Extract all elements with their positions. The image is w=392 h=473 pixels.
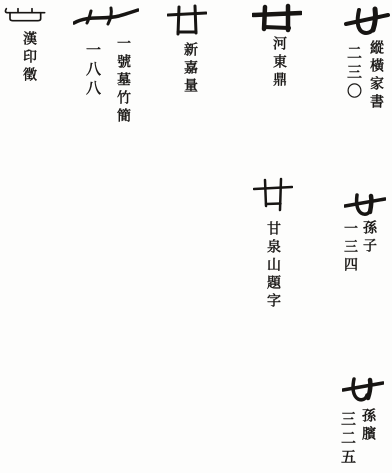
page-number: 一三四	[340, 220, 359, 275]
source-label: 孫子	[359, 220, 378, 275]
nian-character-glyph: 廿	[252, 3, 302, 33]
nian-glyph-brush-icon	[344, 4, 390, 38]
page-number: 二三〇	[344, 40, 363, 112]
entry-caption: 孫子 一三四	[340, 220, 378, 275]
entry-caption: 縱橫家書 二三〇	[344, 40, 385, 112]
source-label: 河東鼎	[269, 36, 288, 90]
nian-character-glyph: 廿	[344, 189, 386, 219]
scanned-dictionary-page: 廿 縱橫家書 二三〇 廿 河東鼎 廿 新嘉量	[0, 0, 392, 473]
nian-glyph-tall-icon	[167, 4, 207, 38]
entry-caption: 孫臏 三二五	[338, 408, 377, 468]
nian-glyph-brush-icon	[344, 189, 386, 219]
nian-glyph-bold-icon	[252, 3, 302, 33]
source-label: 孫臏	[358, 408, 377, 468]
source-label: 縱橫家書	[366, 40, 385, 112]
nian-character-glyph: 廿	[344, 4, 390, 38]
entry-caption: 甘泉山題字	[263, 221, 282, 311]
entry-caption: 河東鼎	[269, 36, 288, 90]
nian-character-glyph: 廿	[342, 374, 384, 404]
entry-caption: 一號墓竹簡 一八八	[83, 36, 132, 126]
nian-glyph-cursive-icon	[73, 6, 139, 28]
source-label: 一號墓竹簡	[113, 36, 132, 126]
nian-character-glyph: 廿	[253, 176, 293, 214]
nian-character-glyph: 廿	[73, 6, 139, 28]
nian-glyph-thin-icon	[253, 176, 293, 214]
source-label: 新嘉量	[180, 42, 199, 96]
source-label: 漢印徵	[19, 31, 38, 85]
source-label: 甘泉山題字	[263, 221, 282, 311]
nian-glyph-brush-icon	[342, 374, 384, 404]
page-number: 一八八	[83, 36, 102, 126]
nian-character-glyph: 廿	[167, 4, 207, 38]
nian-character-glyph: 廿	[4, 6, 46, 24]
entry-caption: 漢印徵	[19, 31, 38, 85]
nian-glyph-seal-icon	[4, 6, 46, 24]
page-number: 三二五	[338, 408, 357, 468]
entry-caption: 新嘉量	[180, 42, 199, 96]
